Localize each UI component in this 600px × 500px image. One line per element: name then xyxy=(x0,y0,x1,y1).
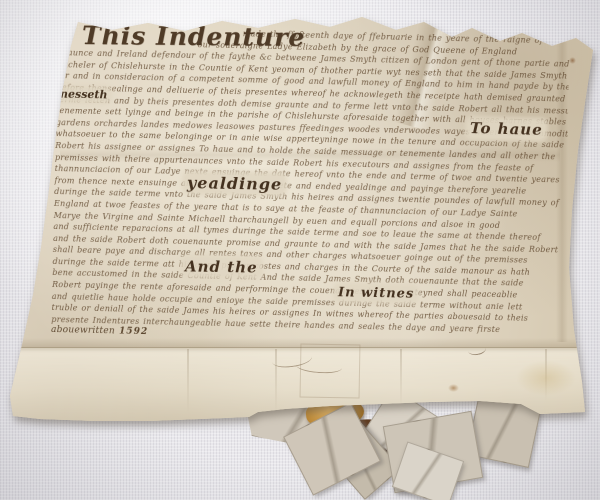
closing-words: abouewritten xyxy=(51,325,115,336)
parchment-sheet: made the ffyfteenth daye of ffebruarie i… xyxy=(0,0,600,500)
stain xyxy=(448,384,459,392)
document-date: 1592 xyxy=(119,327,148,338)
manuscript-lines: made the ffyfteenth daye of ffebruarie i… xyxy=(51,24,570,337)
emphasized-word-and-the: And the xyxy=(183,257,260,276)
stain xyxy=(569,57,576,64)
parchment-sheet-wrapper: made the ffyfteenth daye of ffebruarie i… xyxy=(0,0,600,500)
crease xyxy=(400,349,402,407)
emphasized-word-nesseth: nesseth xyxy=(58,88,110,102)
photo-of-parchment-indenture: made the ffyfteenth daye of ffebruarie i… xyxy=(0,0,600,500)
emphasized-word-in-witnes: In witnes xyxy=(336,285,417,302)
crease xyxy=(187,349,189,413)
calligraphic-opening: This Indenture xyxy=(82,21,306,52)
emphasized-word-to-haue: To haue xyxy=(468,119,545,139)
manuscript-text-block: made the ffyfteenth daye of ffebruarie i… xyxy=(51,24,570,349)
emphasized-word-yealdinge: yealdinge xyxy=(185,173,285,194)
stain xyxy=(516,360,576,396)
